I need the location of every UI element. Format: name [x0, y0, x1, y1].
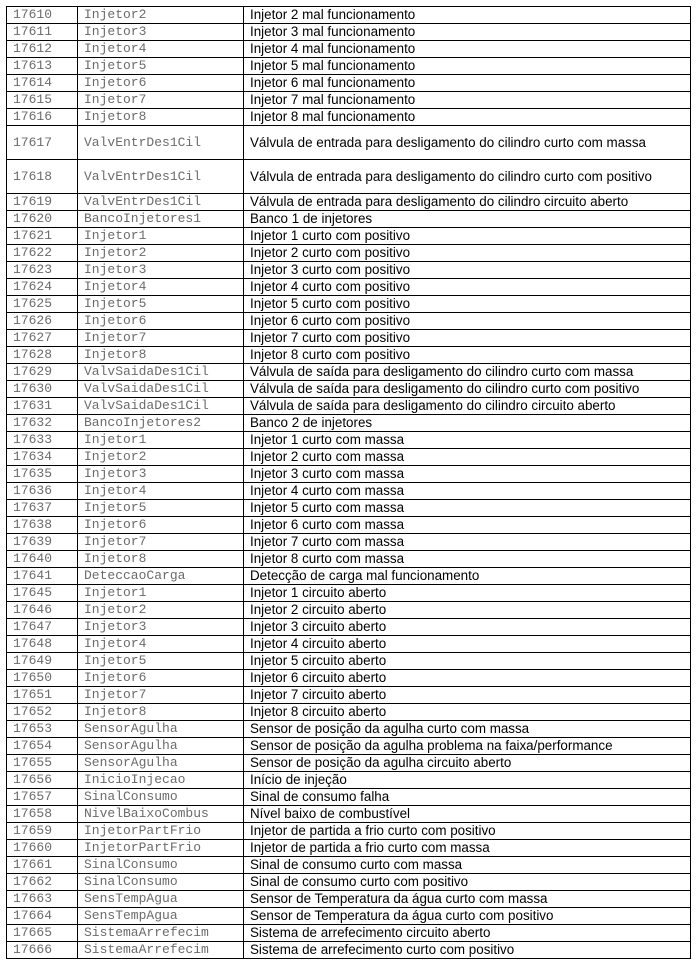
table-row: 17622 Injetor2 Injetor 2 curto com posit…: [7, 245, 691, 262]
component-name-cell: SensTempAgua: [78, 891, 244, 908]
table-row: 17659 InjetorPartFrio Injetor de partida…: [7, 823, 691, 840]
description-cell: Válvula de entrada para desligamento do …: [244, 160, 691, 194]
component-name-cell: Injetor4: [78, 483, 244, 500]
component-name-cell: SensorAgulha: [78, 738, 244, 755]
table-row: 17614 Injetor6 Injetor 6 mal funcionamen…: [7, 75, 691, 92]
component-name-cell: Injetor3: [78, 466, 244, 483]
fault-code-cell: 17648: [7, 636, 78, 653]
description-cell: Válvula de saída para desligamento do ci…: [244, 364, 691, 381]
description-cell: Banco 1 de injetores: [244, 211, 691, 228]
component-name-cell: Injetor6: [78, 313, 244, 330]
component-name-cell: Injetor7: [78, 534, 244, 551]
table-row: 17654 SensorAgulha Sensor de posição da …: [7, 738, 691, 755]
component-name-cell: Injetor5: [78, 500, 244, 517]
component-name-cell: SensorAgulha: [78, 721, 244, 738]
component-name-cell: InicioInjecao: [78, 772, 244, 789]
description-cell: Injetor 3 curto com massa: [244, 466, 691, 483]
table-row: 17666 SistemaArrefecim Sistema de arrefe…: [7, 942, 691, 959]
fault-code-cell: 17638: [7, 517, 78, 534]
fault-code-cell: 17637: [7, 500, 78, 517]
description-cell: Injetor 5 curto com positivo: [244, 296, 691, 313]
fault-code-cell: 17651: [7, 687, 78, 704]
description-cell: Injetor 7 mal funcionamento: [244, 92, 691, 109]
fault-code-cell: 17614: [7, 75, 78, 92]
component-name-cell: Injetor1: [78, 585, 244, 602]
table-row: 17640 Injetor8 Injetor 8 curto com massa: [7, 551, 691, 568]
description-cell: Injetor 8 mal funcionamento: [244, 109, 691, 126]
description-cell: Válvula de entrada para desligamento do …: [244, 126, 691, 160]
component-name-cell: ValvEntrDes1Cil: [78, 194, 244, 211]
fault-code-cell: 17639: [7, 534, 78, 551]
description-cell: Sistema de arrefecimento curto com posit…: [244, 942, 691, 959]
fault-code-cell: 17645: [7, 585, 78, 602]
description-cell: Injetor 4 mal funcionamento: [244, 41, 691, 58]
fault-code-cell: 17627: [7, 330, 78, 347]
table-row: 17641 DeteccaoCarga Detecção de carga ma…: [7, 568, 691, 585]
fault-code-cell: 17619: [7, 194, 78, 211]
component-name-cell: ValvSaidaDes1Cil: [78, 364, 244, 381]
component-name-cell: Injetor7: [78, 687, 244, 704]
table-row: 17611 Injetor3 Injetor 3 mal funcionamen…: [7, 24, 691, 41]
table-row: 17621 Injetor1 Injetor 1 curto com posit…: [7, 228, 691, 245]
fault-code-cell: 17622: [7, 245, 78, 262]
component-name-cell: SinalConsumo: [78, 857, 244, 874]
description-cell: Injetor 7 curto com positivo: [244, 330, 691, 347]
description-cell: Injetor 7 curto com massa: [244, 534, 691, 551]
component-name-cell: Injetor6: [78, 670, 244, 687]
description-cell: Injetor de partida a frio curto com mass…: [244, 840, 691, 857]
description-cell: Início de injeção: [244, 772, 691, 789]
component-name-cell: Injetor4: [78, 41, 244, 58]
fault-code-cell: 17633: [7, 432, 78, 449]
table-row: 17627 Injetor7 Injetor 7 curto com posit…: [7, 330, 691, 347]
component-name-cell: Injetor2: [78, 602, 244, 619]
fault-code-cell: 17623: [7, 262, 78, 279]
table-row: 17645 Injetor1 Injetor 1 circuito aberto: [7, 585, 691, 602]
component-name-cell: SistemaArrefecim: [78, 925, 244, 942]
table-row: 17618 ValvEntrDes1Cil Válvula de entrada…: [7, 160, 691, 194]
table-row: 17629 ValvSaidaDes1Cil Válvula de saída …: [7, 364, 691, 381]
description-cell: Injetor 3 curto com positivo: [244, 262, 691, 279]
fault-code-cell: 17661: [7, 857, 78, 874]
description-cell: Injetor 3 circuito aberto: [244, 619, 691, 636]
fault-code-cell: 17621: [7, 228, 78, 245]
table-row: 17638 Injetor6 Injetor 6 curto com massa: [7, 517, 691, 534]
description-cell: Injetor 6 mal funcionamento: [244, 75, 691, 92]
table-row: 17637 Injetor5 Injetor 5 curto com massa: [7, 500, 691, 517]
table-row: 17613 Injetor5 Injetor 5 mal funcionamen…: [7, 58, 691, 75]
component-name-cell: ValvEntrDes1Cil: [78, 160, 244, 194]
component-name-cell: Injetor1: [78, 432, 244, 449]
fault-code-cell: 17656: [7, 772, 78, 789]
fault-code-cell: 17632: [7, 415, 78, 432]
component-name-cell: Injetor5: [78, 296, 244, 313]
table-row: 17634 Injetor2 Injetor 2 curto com massa: [7, 449, 691, 466]
fault-code-cell: 17610: [7, 7, 78, 24]
component-name-cell: NivelBaixoCombus: [78, 806, 244, 823]
component-name-cell: InjetorPartFrio: [78, 823, 244, 840]
description-cell: Injetor 5 mal funcionamento: [244, 58, 691, 75]
table-row: 17639 Injetor7 Injetor 7 curto com massa: [7, 534, 691, 551]
component-name-cell: Injetor6: [78, 517, 244, 534]
component-name-cell: Injetor2: [78, 449, 244, 466]
component-name-cell: Injetor5: [78, 653, 244, 670]
component-name-cell: Injetor8: [78, 704, 244, 721]
description-cell: Sistema de arrefecimento circuito aberto: [244, 925, 691, 942]
component-name-cell: Injetor8: [78, 551, 244, 568]
component-name-cell: ValvEntrDes1Cil: [78, 126, 244, 160]
fault-code-cell: 17649: [7, 653, 78, 670]
description-cell: Injetor 1 circuito aberto: [244, 585, 691, 602]
table-row: 17625 Injetor5 Injetor 5 curto com posit…: [7, 296, 691, 313]
table-row: 17665 SistemaArrefecim Sistema de arrefe…: [7, 925, 691, 942]
description-cell: Injetor 5 circuito aberto: [244, 653, 691, 670]
description-cell: Injetor 2 mal funcionamento: [244, 7, 691, 24]
component-name-cell: BancoInjetores1: [78, 211, 244, 228]
description-cell: Injetor 6 curto com massa: [244, 517, 691, 534]
table-row: 17651 Injetor7 Injetor 7 circuito aberto: [7, 687, 691, 704]
description-cell: Injetor 2 circuito aberto: [244, 602, 691, 619]
description-cell: Injetor 8 curto com massa: [244, 551, 691, 568]
description-cell: Nível baixo de combustível: [244, 806, 691, 823]
fault-code-cell: 17654: [7, 738, 78, 755]
fault-code-cell: 17636: [7, 483, 78, 500]
table-row: 17617 ValvEntrDes1Cil Válvula de entrada…: [7, 126, 691, 160]
component-name-cell: Injetor7: [78, 92, 244, 109]
fault-code-cell: 17626: [7, 313, 78, 330]
fault-code-cell: 17653: [7, 721, 78, 738]
component-name-cell: Injetor8: [78, 347, 244, 364]
description-cell: Injetor 1 curto com massa: [244, 432, 691, 449]
component-name-cell: Injetor5: [78, 58, 244, 75]
table-row: 17649 Injetor5 Injetor 5 circuito aberto: [7, 653, 691, 670]
component-name-cell: SinalConsumo: [78, 874, 244, 891]
table-row: 17636 Injetor4 Injetor 4 curto com massa: [7, 483, 691, 500]
component-name-cell: DeteccaoCarga: [78, 568, 244, 585]
description-cell: Injetor 7 circuito aberto: [244, 687, 691, 704]
table-row: 17660 InjetorPartFrio Injetor de partida…: [7, 840, 691, 857]
table-row: 17610 Injetor2 Injetor 2 mal funcionamen…: [7, 7, 691, 24]
fault-code-cell: 17624: [7, 279, 78, 296]
fault-code-cell: 17625: [7, 296, 78, 313]
component-name-cell: SistemaArrefecim: [78, 942, 244, 959]
fault-code-cell: 17628: [7, 347, 78, 364]
fault-code-cell: 17615: [7, 92, 78, 109]
table-row: 17655 SensorAgulha Sensor de posição da …: [7, 755, 691, 772]
fault-code-cell: 17613: [7, 58, 78, 75]
fault-code-cell: 17630: [7, 381, 78, 398]
fault-code-cell: 17660: [7, 840, 78, 857]
fault-code-cell: 17635: [7, 466, 78, 483]
fault-code-cell: 17640: [7, 551, 78, 568]
table-row: 17612 Injetor4 Injetor 4 mal funcionamen…: [7, 41, 691, 58]
table-row: 17626 Injetor6 Injetor 6 curto com posit…: [7, 313, 691, 330]
description-cell: Válvula de saída para desligamento do ci…: [244, 381, 691, 398]
fault-code-cell: 17629: [7, 364, 78, 381]
fault-code-cell: 17620: [7, 211, 78, 228]
description-cell: Injetor 4 circuito aberto: [244, 636, 691, 653]
description-cell: Injetor 1 curto com positivo: [244, 228, 691, 245]
description-cell: Sinal de consumo falha: [244, 789, 691, 806]
description-cell: Sensor de posição da agulha circuito abe…: [244, 755, 691, 772]
table-row: 17658 NivelBaixoCombus Nível baixo de co…: [7, 806, 691, 823]
fault-code-table-body: 17610 Injetor2 Injetor 2 mal funcionamen…: [7, 7, 691, 959]
description-cell: Sensor de posição da agulha curto com ma…: [244, 721, 691, 738]
table-row: 17619 ValvEntrDes1Cil Válvula de entrada…: [7, 194, 691, 211]
table-row: 17647 Injetor3 Injetor 3 circuito aberto: [7, 619, 691, 636]
description-cell: Injetor 4 curto com positivo: [244, 279, 691, 296]
table-row: 17662 SinalConsumo Sinal de consumo curt…: [7, 874, 691, 891]
table-row: 17653 SensorAgulha Sensor de posição da …: [7, 721, 691, 738]
fault-code-cell: 17664: [7, 908, 78, 925]
fault-code-table: 17610 Injetor2 Injetor 2 mal funcionamen…: [6, 6, 691, 959]
table-row: 17664 SensTempAgua Sensor de Temperatura…: [7, 908, 691, 925]
fault-code-cell: 17662: [7, 874, 78, 891]
description-cell: Sensor de Temperatura da água curto com …: [244, 908, 691, 925]
component-name-cell: Injetor2: [78, 245, 244, 262]
fault-code-cell: 17665: [7, 925, 78, 942]
description-cell: Injetor 2 curto com massa: [244, 449, 691, 466]
component-name-cell: Injetor7: [78, 330, 244, 347]
component-name-cell: Injetor3: [78, 619, 244, 636]
table-row: 17628 Injetor8 Injetor 8 curto com posit…: [7, 347, 691, 364]
description-cell: Detecção de carga mal funcionamento: [244, 568, 691, 585]
table-row: 17620 BancoInjetores1 Banco 1 de injetor…: [7, 211, 691, 228]
description-cell: Injetor de partida a frio curto com posi…: [244, 823, 691, 840]
component-name-cell: InjetorPartFrio: [78, 840, 244, 857]
description-cell: Injetor 8 circuito aberto: [244, 704, 691, 721]
table-row: 17623 Injetor3 Injetor 3 curto com posit…: [7, 262, 691, 279]
description-cell: Injetor 5 curto com massa: [244, 500, 691, 517]
description-cell: Válvula de saída para desligamento do ci…: [244, 398, 691, 415]
table-row: 17615 Injetor7 Injetor 7 mal funcionamen…: [7, 92, 691, 109]
description-cell: Sensor de posição da agulha problema na …: [244, 738, 691, 755]
fault-code-cell: 17611: [7, 24, 78, 41]
fault-code-cell: 17666: [7, 942, 78, 959]
component-name-cell: BancoInjetores2: [78, 415, 244, 432]
table-row: 17632 BancoInjetores2 Banco 2 de injetor…: [7, 415, 691, 432]
component-name-cell: SensTempAgua: [78, 908, 244, 925]
fault-code-cell: 17631: [7, 398, 78, 415]
table-row: 17650 Injetor6 Injetor 6 circuito aberto: [7, 670, 691, 687]
table-row: 17648 Injetor4 Injetor 4 circuito aberto: [7, 636, 691, 653]
fault-code-cell: 17617: [7, 126, 78, 160]
table-row: 17630 ValvSaidaDes1Cil Válvula de saída …: [7, 381, 691, 398]
table-row: 17652 Injetor8 Injetor 8 circuito aberto: [7, 704, 691, 721]
fault-code-cell: 17663: [7, 891, 78, 908]
fault-code-cell: 17659: [7, 823, 78, 840]
description-cell: Injetor 4 curto com massa: [244, 483, 691, 500]
table-row: 17631 ValvSaidaDes1Cil Válvula de saída …: [7, 398, 691, 415]
fault-code-cell: 17655: [7, 755, 78, 772]
table-row: 17616 Injetor8 Injetor 8 mal funcionamen…: [7, 109, 691, 126]
table-row: 17656 InicioInjecao Início de injeção: [7, 772, 691, 789]
table-row: 17657 SinalConsumo Sinal de consumo falh…: [7, 789, 691, 806]
table-row: 17635 Injetor3 Injetor 3 curto com massa: [7, 466, 691, 483]
description-cell: Sinal de consumo curto com massa: [244, 857, 691, 874]
component-name-cell: ValvSaidaDes1Cil: [78, 398, 244, 415]
fault-code-cell: 17634: [7, 449, 78, 466]
table-row: 17661 SinalConsumo Sinal de consumo curt…: [7, 857, 691, 874]
component-name-cell: SensorAgulha: [78, 755, 244, 772]
table-row: 17633 Injetor1 Injetor 1 curto com massa: [7, 432, 691, 449]
fault-code-cell: 17616: [7, 109, 78, 126]
fault-code-cell: 17641: [7, 568, 78, 585]
description-cell: Sinal de consumo curto com positivo: [244, 874, 691, 891]
component-name-cell: Injetor2: [78, 7, 244, 24]
table-row: 17663 SensTempAgua Sensor de Temperatura…: [7, 891, 691, 908]
component-name-cell: Injetor3: [78, 262, 244, 279]
description-cell: Banco 2 de injetores: [244, 415, 691, 432]
component-name-cell: Injetor6: [78, 75, 244, 92]
description-cell: Sensor de Temperatura da água curto com …: [244, 891, 691, 908]
fault-code-cell: 17650: [7, 670, 78, 687]
component-name-cell: Injetor8: [78, 109, 244, 126]
fault-code-cell: 17647: [7, 619, 78, 636]
component-name-cell: Injetor4: [78, 279, 244, 296]
description-cell: Injetor 2 curto com positivo: [244, 245, 691, 262]
table-row: 17646 Injetor2 Injetor 2 circuito aberto: [7, 602, 691, 619]
component-name-cell: Injetor3: [78, 24, 244, 41]
description-cell: Injetor 6 curto com positivo: [244, 313, 691, 330]
fault-code-cell: 17618: [7, 160, 78, 194]
component-name-cell: Injetor1: [78, 228, 244, 245]
description-cell: Válvula de entrada para desligamento do …: [244, 194, 691, 211]
component-name-cell: ValvSaidaDes1Cil: [78, 381, 244, 398]
component-name-cell: SinalConsumo: [78, 789, 244, 806]
fault-code-cell: 17657: [7, 789, 78, 806]
fault-code-cell: 17652: [7, 704, 78, 721]
description-cell: Injetor 3 mal funcionamento: [244, 24, 691, 41]
description-cell: Injetor 8 curto com positivo: [244, 347, 691, 364]
fault-code-cell: 17612: [7, 41, 78, 58]
description-cell: Injetor 6 circuito aberto: [244, 670, 691, 687]
table-row: 17624 Injetor4 Injetor 4 curto com posit…: [7, 279, 691, 296]
fault-code-cell: 17646: [7, 602, 78, 619]
component-name-cell: Injetor4: [78, 636, 244, 653]
fault-code-cell: 17658: [7, 806, 78, 823]
